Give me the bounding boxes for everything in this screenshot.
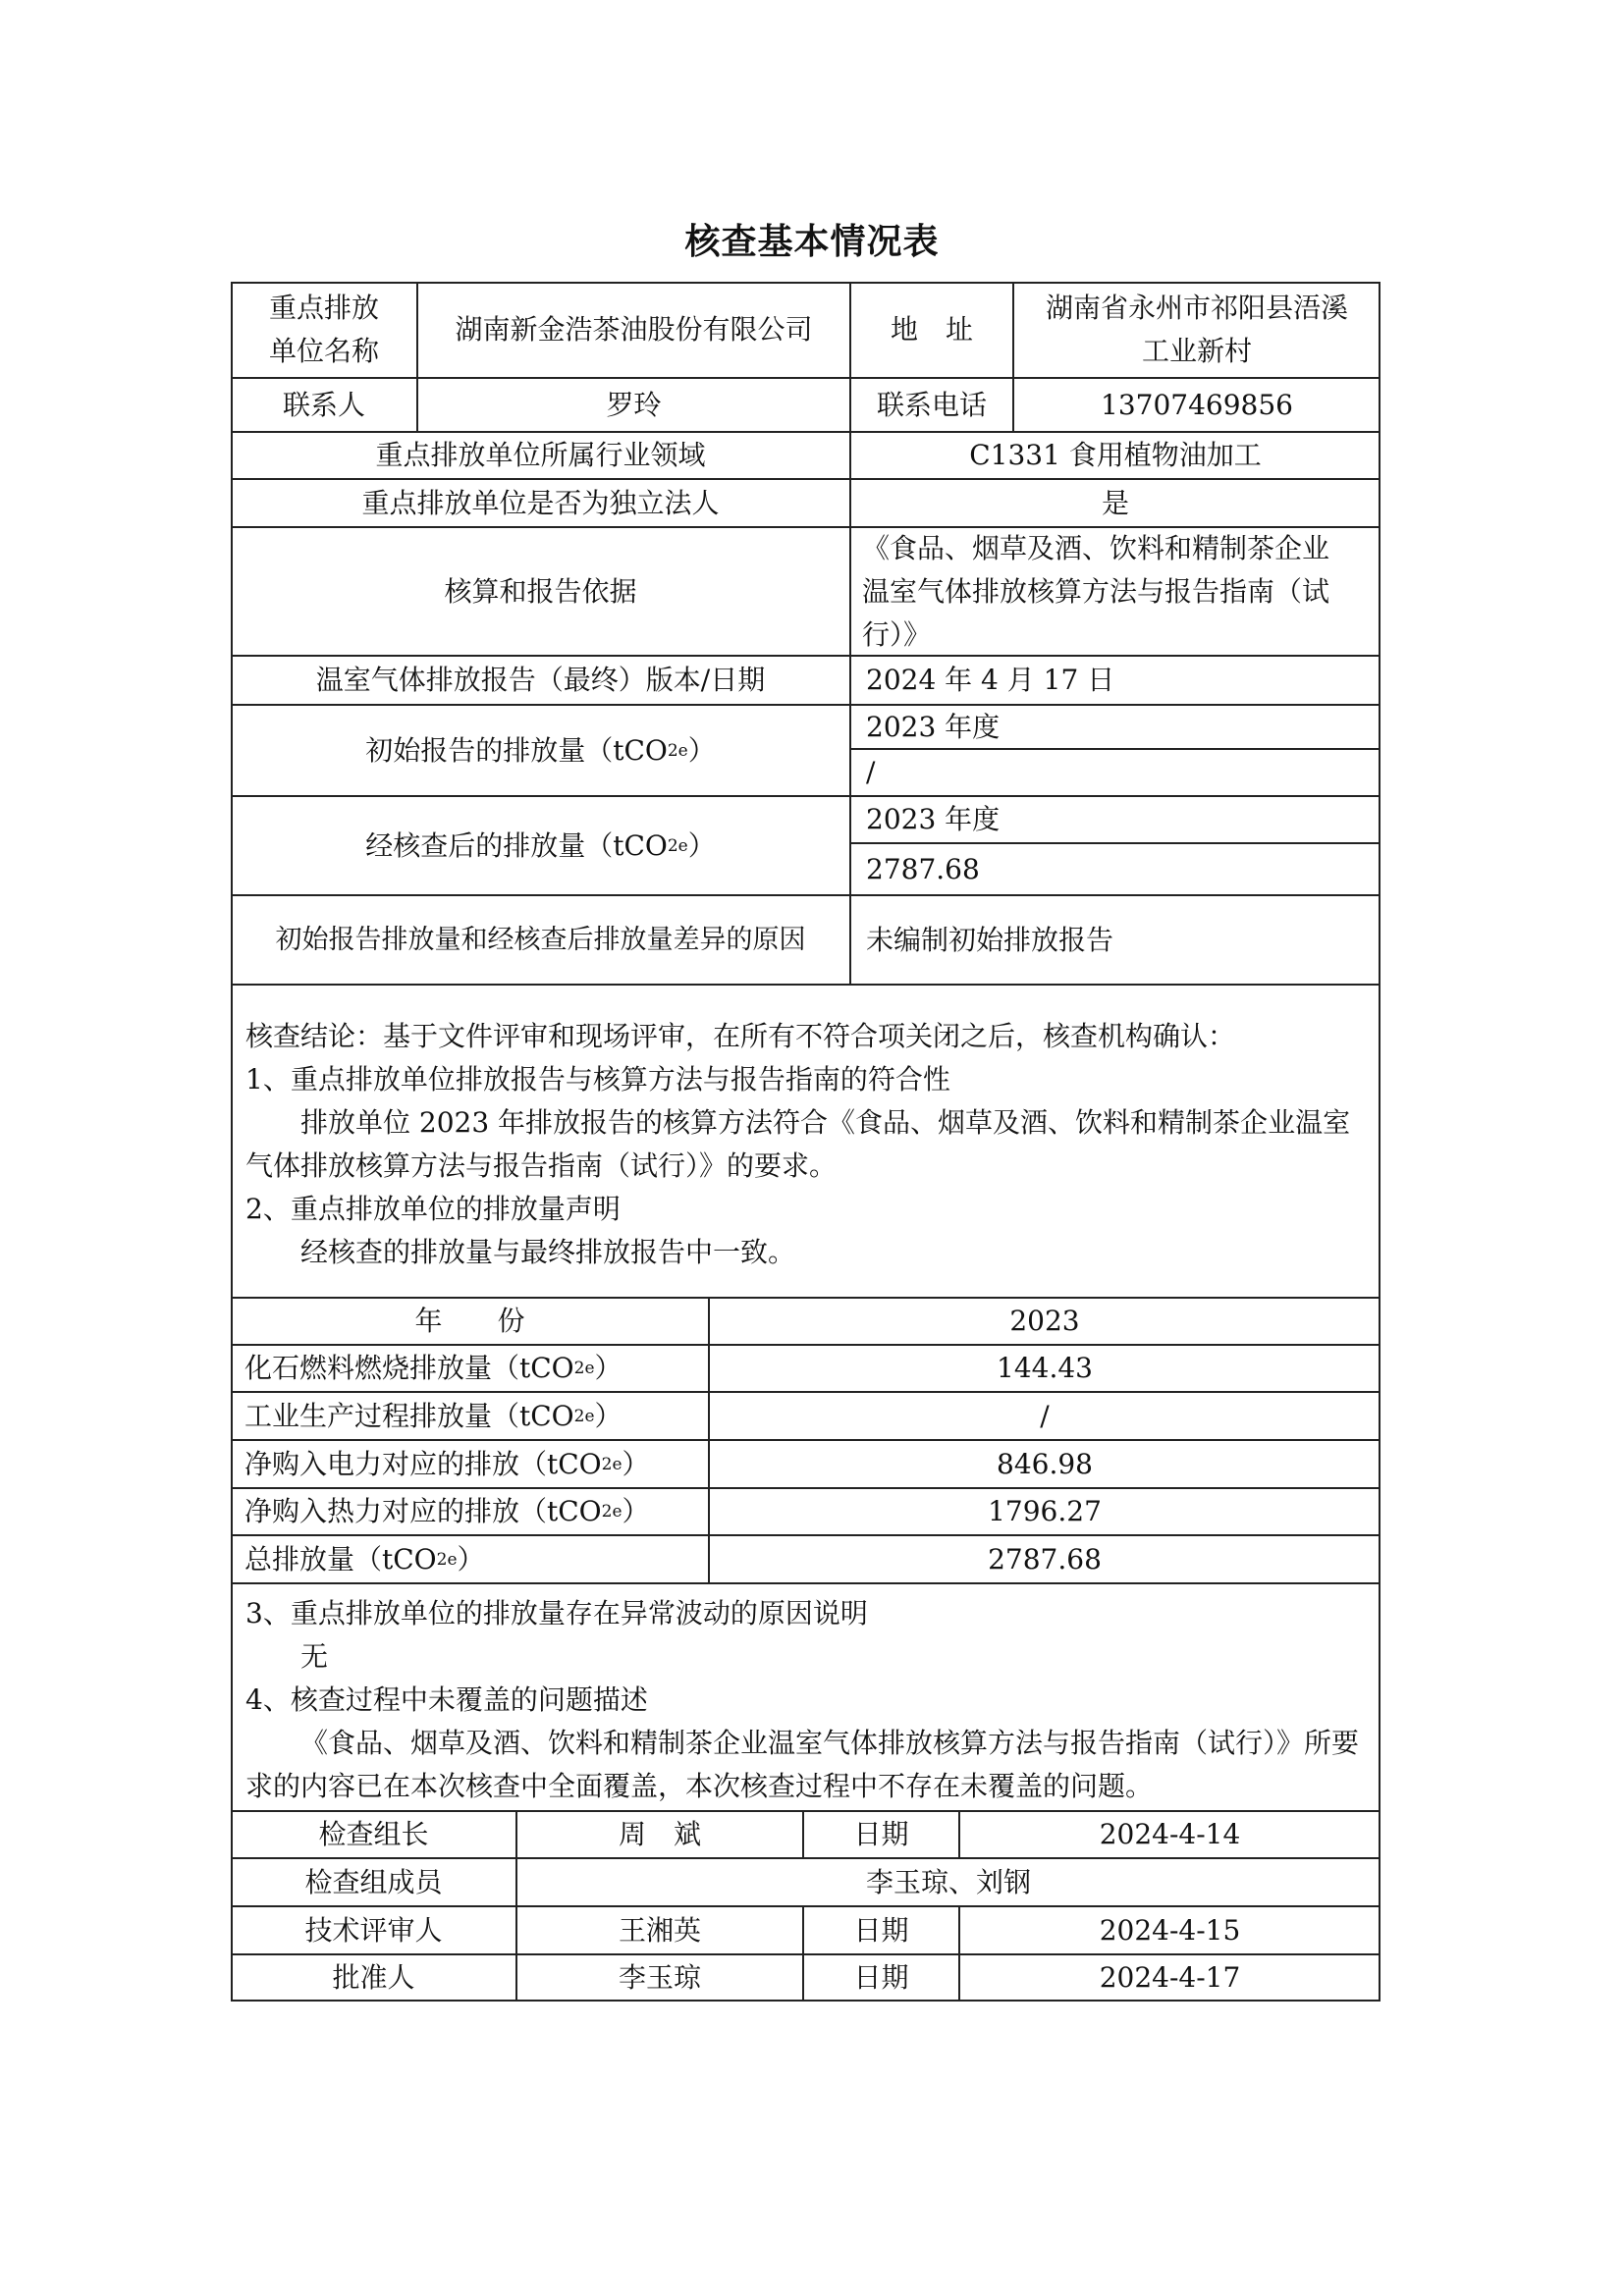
row-label-text: 净购入电力对应的排放（tCO [244,1443,602,1486]
initial-emission-year: 2023 年度 [850,705,1380,749]
basis-label: 核算和报告依据 [231,527,850,656]
conclusion-section: 核查结论：基于文件评审和现场评审，在所有不符合项关闭之后，核查机构确认： 1、重… [245,1015,1365,1274]
row-label-text: 净购入热力对应的排放（tCO [244,1490,602,1533]
initial-emission-value: / [850,749,1380,796]
co2e-subscript: 2e [574,1395,595,1438]
conclusion-item2-title: 2、重点排放单位的排放量声明 [245,1188,1365,1231]
co2e-subscript: 2e [602,1490,623,1533]
emissions-row-value: 846.98 [709,1440,1380,1488]
emissions-row-value: 144.43 [709,1345,1380,1392]
conclusion-item2-body: 经核查的排放量与最终排放报告中一致。 [245,1231,1365,1274]
address-value: 湖南省永州市祁阳县浯溪 工业新村 [1013,282,1380,378]
unit-close: ） [688,825,716,868]
emissions-row-value: 1796.27 [709,1488,1380,1535]
contact-value: 罗玲 [417,378,850,432]
notes-item3-body: 无 [245,1635,1365,1679]
reviewer-date: 2024-4-15 [959,1906,1380,1954]
unit-close: ） [595,1347,623,1390]
conclusion-item1-body: 排放单位 2023 年排放报告的核算方法符合《食品、烟草及酒、饮料和精制茶企业温… [245,1101,1365,1188]
reviewer-label: 技术评审人 [231,1906,516,1954]
notes-item3-title: 3、重点排放单位的排放量存在异常波动的原因说明 [245,1592,1365,1635]
verified-emission-label-text: 经核查后的排放量（tCO [365,825,668,868]
basis-value: 《食品、烟草及酒、饮料和精制茶企业 温室气体排放核算方法与报告指南（试 行）》 [850,527,1380,656]
leader-date: 2024-4-14 [959,1811,1380,1858]
report-version-value: 2024 年 4 月 17 日 [850,656,1380,705]
initial-emission-label-text: 初始报告的排放量（tCO [365,729,668,773]
basis-line2: 温室气体排放核算方法与报告指南（试 [862,570,1329,614]
address-line1: 湖南省永州市祁阳县浯溪 [1046,287,1348,330]
notes-item4-title: 4、核查过程中未覆盖的问题描述 [245,1679,1365,1722]
independent-label: 重点排放单位是否为独立法人 [231,479,850,527]
co2e-subscript: 2e [668,825,688,868]
approver-date: 2024-4-17 [959,1954,1380,2002]
initial-emission-label: 初始报告的排放量（tCO2e） [231,705,850,796]
emissions-row-label: 化石燃料燃烧排放量（tCO2e） [231,1345,709,1392]
co2e-subscript: 2e [602,1443,623,1486]
approver-name: 李玉琼 [516,1954,803,2002]
unit-close: ） [623,1443,650,1486]
emissions-row-label: 净购入热力对应的排放（tCO2e） [231,1488,709,1535]
reviewer-name: 王湘英 [516,1906,803,1954]
basis-line3: 行）》 [862,614,931,657]
unit-close: ） [595,1395,623,1438]
unit-close: ） [458,1538,485,1581]
leader-date-label: 日期 [803,1811,959,1858]
unit-name-label: 重点排放 单位名称 [231,282,417,378]
unit-name-value: 湖南新金浩茶油股份有限公司 [417,282,850,378]
phone-label: 联系电话 [850,378,1013,432]
report-version-label: 温室气体排放报告（最终）版本/日期 [231,656,850,705]
conclusion-item1-title: 1、重点排放单位排放报告与核算方法与报告指南的符合性 [245,1058,1365,1101]
row-label-text: 工业生产过程排放量（tCO [244,1395,574,1438]
members-names: 李玉琼、刘钢 [516,1858,1380,1906]
emissions-row-label: 总排放量（tCO2e） [231,1535,709,1583]
difference-label: 初始报告排放量和经核查后排放量差异的原因 [231,895,850,985]
reviewer-date-label: 日期 [803,1906,959,1954]
verified-emission-year: 2023 年度 [850,796,1380,843]
unit-name-label-line2: 单位名称 [269,330,379,373]
leader-name: 周 斌 [516,1811,803,1858]
page-title: 核查基本情况表 [0,214,1624,264]
emissions-row-value: / [709,1392,1380,1440]
unit-name-label-line1: 重点排放 [269,287,379,330]
phone-value: 13707469856 [1013,378,1380,432]
emissions-header-year: 2023 [709,1298,1380,1345]
notes-section: 3、重点排放单位的排放量存在异常波动的原因说明 无 4、核查过程中未覆盖的问题描… [245,1592,1365,1808]
co2e-subscript: 2e [574,1347,595,1390]
verified-emission-label: 经核查后的排放量（tCO2e） [231,796,850,895]
co2e-subscript: 2e [668,729,688,773]
address-line2: 工业新村 [1142,330,1252,373]
industry-label: 重点排放单位所属行业领域 [231,432,850,479]
emissions-row-value: 2787.68 [709,1535,1380,1583]
address-label: 地 址 [850,282,1013,378]
row-label-text: 总排放量（tCO [244,1538,437,1581]
notes-item4-body: 《食品、烟草及酒、饮料和精制茶企业温室气体排放核算方法与报告指南（试行）》所要求… [245,1722,1365,1808]
emissions-row-label: 净购入电力对应的排放（tCO2e） [231,1440,709,1488]
leader-label: 检查组长 [231,1811,516,1858]
unit-close: ） [623,1490,650,1533]
conclusion-intro: 核查结论：基于文件评审和现场评审，在所有不符合项关闭之后，核查机构确认： [245,1015,1365,1058]
contact-label: 联系人 [231,378,417,432]
basis-line1: 《食品、烟草及酒、饮料和精制茶企业 [862,527,1329,570]
co2e-subscript: 2e [437,1538,458,1581]
difference-reason: 未编制初始排放报告 [850,895,1380,985]
industry-value: C1331 食用植物油加工 [850,432,1380,479]
unit-close: ） [688,729,716,773]
independent-value: 是 [850,479,1380,527]
members-label: 检查组成员 [231,1858,516,1906]
verified-emission-value: 2787.68 [850,843,1380,895]
row-label-text: 化石燃料燃烧排放量（tCO [244,1347,574,1390]
approver-date-label: 日期 [803,1954,959,2002]
approver-label: 批准人 [231,1954,516,2002]
emissions-header-label: 年 份 [231,1298,709,1345]
emissions-row-label: 工业生产过程排放量（tCO2e） [231,1392,709,1440]
